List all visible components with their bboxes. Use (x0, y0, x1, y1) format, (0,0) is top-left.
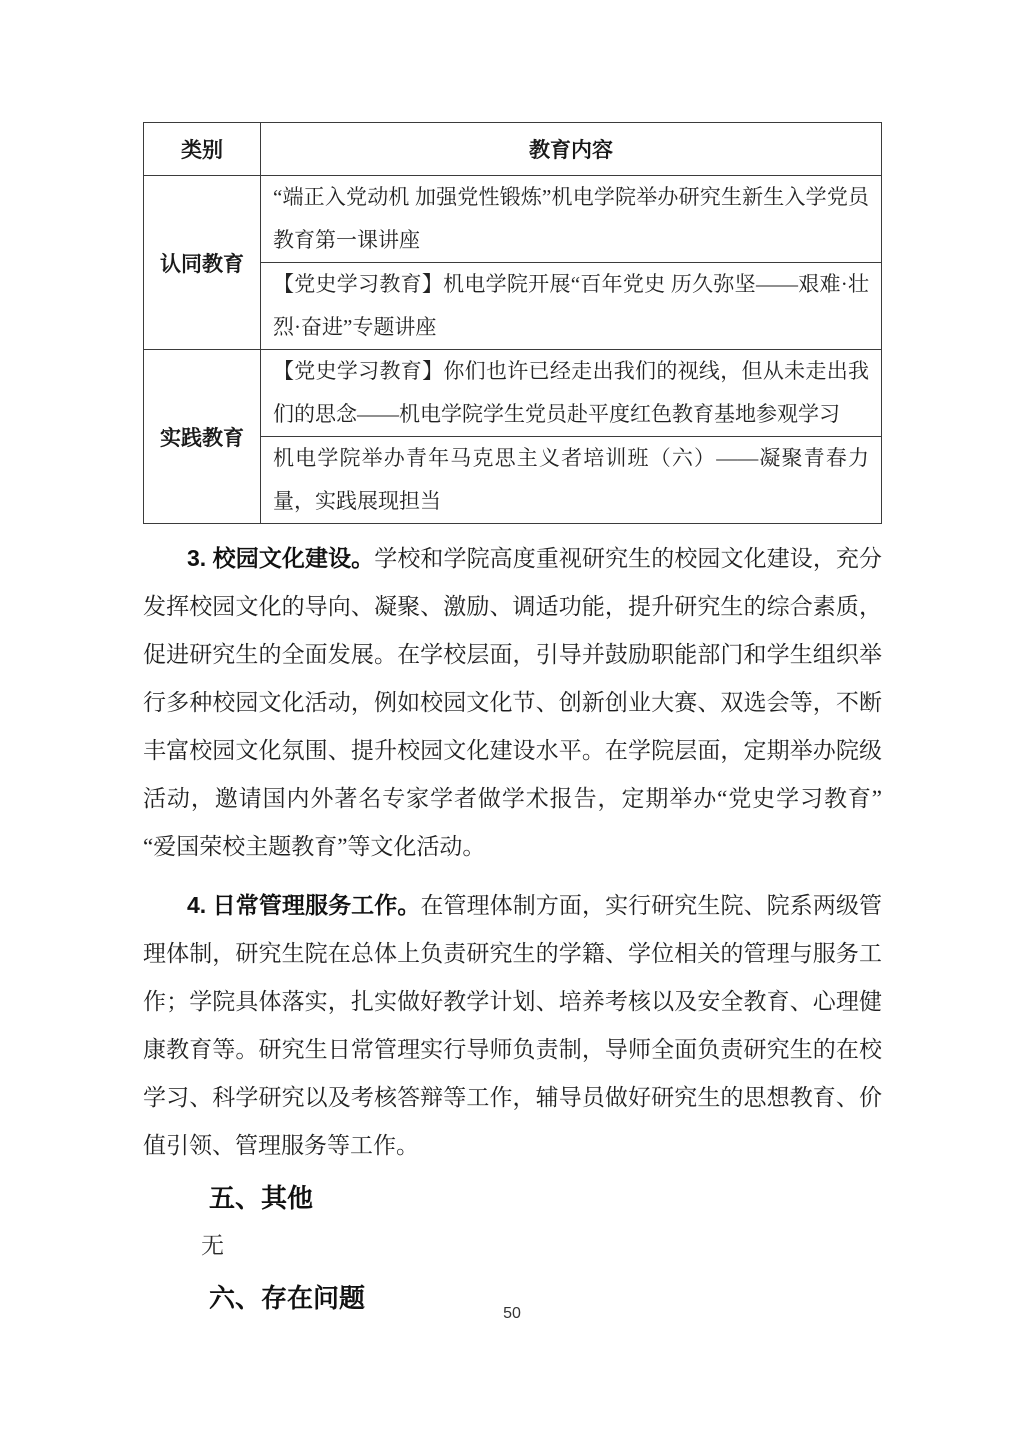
header-cell-category: 类别 (144, 123, 261, 176)
document-body: 类别 教育内容 认同教育 “端正入党动机 加强党性锻炼”机电学院举办研究生新生入… (143, 122, 882, 1322)
table-row: 认同教育 “端正入党动机 加强党性锻炼”机电学院举办研究生新生入学党员教育第一课… (144, 176, 882, 263)
paragraph-lead: 4. 日常管理服务工作。 (187, 892, 420, 918)
content-cell: “端正入党动机 加强党性锻炼”机电学院举办研究生新生入学党员教育第一课讲座 (261, 176, 882, 263)
content-cell: 【党史学习教育】机电学院开展“百年党史 历久弥坚——艰难·壮烈·奋进”专题讲座 (261, 263, 882, 350)
table-row: 实践教育 【党史学习教育】你们也许已经走出我们的视线，但从未走出我们的思念——机… (144, 350, 882, 437)
section-heading-other: 五、其他 (209, 1174, 882, 1222)
paragraph-daily-management: 4. 日常管理服务工作。在管理体制方面，实行研究生院、院系两级管理体制，研究生院… (143, 881, 882, 1170)
content-cell: 机电学院举办青年马克思主义者培训班（六）——凝聚青春力量，实践展现担当 (261, 437, 882, 524)
paragraph-lead: 3. 校园文化建设。 (187, 545, 374, 571)
document-page: 类别 教育内容 认同教育 “端正入党动机 加强党性锻炼”机电学院举办研究生新生入… (0, 0, 1024, 1448)
page-number: 50 (0, 1305, 1024, 1323)
category-cell-identity-education: 认同教育 (144, 176, 261, 350)
education-table: 类别 教育内容 认同教育 “端正入党动机 加强党性锻炼”机电学院举办研究生新生入… (143, 122, 882, 524)
content-cell: 【党史学习教育】你们也许已经走出我们的视线，但从未走出我们的思念——机电学院学生… (261, 350, 882, 437)
paragraph-campus-culture: 3. 校园文化建设。学校和学院高度重视研究生的校园文化建设，充分发挥校园文化的导… (143, 534, 882, 871)
section-body-none: 无 (201, 1222, 882, 1270)
header-cell-content: 教育内容 (261, 123, 882, 176)
category-cell-practice-education: 实践教育 (144, 350, 261, 524)
paragraph-text: 学校和学院高度重视研究生的校园文化建设，充分发挥校园文化的导向、凝聚、激励、调适… (143, 546, 882, 859)
table-header-row: 类别 教育内容 (144, 123, 882, 176)
paragraph-text: 在管理体制方面，实行研究生院、院系两级管理体制，研究生院在总体上负责研究生的学籍… (143, 893, 882, 1158)
